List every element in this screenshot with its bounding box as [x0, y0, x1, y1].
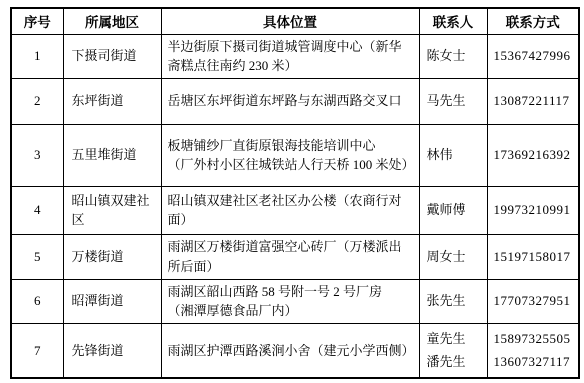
- district-cell: 昭潭街道: [63, 279, 161, 323]
- phone-cell: 15367427996: [487, 34, 579, 78]
- contact-name-cell: 陈女士: [419, 34, 487, 78]
- location-cell: 雨湖区护潭西路溪涧小舍（建元小学西侧）: [161, 323, 419, 378]
- row-number-cell: 1: [11, 34, 63, 78]
- table-row: 7 先锋街道 雨湖区护潭西路溪涧小舍（建元小学西侧） 童先生 潘先生 15897…: [11, 323, 579, 378]
- contact-table-container: 序号 所属地区 具体位置 联系人 联系方式 1 下摄司街道 半边街原下摄司街道城…: [10, 7, 580, 379]
- row-number-cell: 6: [11, 279, 63, 323]
- location-cell: 昭山镇双建社区老社区办公楼（农商行对面）: [161, 186, 419, 234]
- district-cell: 先锋街道: [63, 323, 161, 378]
- contact-name-cell: 戴师傅: [419, 186, 487, 234]
- contact-name-cell: 马先生: [419, 78, 487, 124]
- header-location: 具体位置: [161, 8, 419, 34]
- district-cell: 昭山镇双建社区: [63, 186, 161, 234]
- contact-name-cell: 林伟: [419, 124, 487, 186]
- district-cell: 五里堆街道: [63, 124, 161, 186]
- phone-cell: 13087221117: [487, 78, 579, 124]
- table-row: 1 下摄司街道 半边街原下摄司街道城管调度中心（新华斋糕点往南约 230 米） …: [11, 34, 579, 78]
- table-row: 5 万楼街道 雨湖区万楼街道富强空心砖厂（万楼派出所后面） 周女士 151971…: [11, 234, 579, 279]
- table-row: 3 五里堆街道 板塘铺纱厂直街原银海技能培训中心 （厂外村小区往城铁站人行天桥 …: [11, 124, 579, 186]
- phone-cell: 17369216392: [487, 124, 579, 186]
- location-cell: 雨湖区韶山西路 58 号附一号 2 号厂房 （湘潭厚德食品厂内）: [161, 279, 419, 323]
- header-phone: 联系方式: [487, 8, 579, 34]
- header-row: 序号 所属地区 具体位置 联系人 联系方式: [11, 8, 579, 34]
- contact-name-cell: 童先生 潘先生: [419, 323, 487, 378]
- header-contact: 联系人: [419, 8, 487, 34]
- table-row: 2 东坪街道 岳塘区东坪街道东坪路与东湖西路交叉口 马先生 1308722111…: [11, 78, 579, 124]
- location-cell: 雨湖区万楼街道富强空心砖厂（万楼派出所后面）: [161, 234, 419, 279]
- header-district: 所属地区: [63, 8, 161, 34]
- header-no: 序号: [11, 8, 63, 34]
- phone-cell: 15897325505 13607327117: [487, 323, 579, 378]
- row-number-cell: 7: [11, 323, 63, 378]
- phone-cell: 17707327951: [487, 279, 579, 323]
- contact-name-cell: 周女士: [419, 234, 487, 279]
- contact-table: 序号 所属地区 具体位置 联系人 联系方式 1 下摄司街道 半边街原下摄司街道城…: [10, 7, 580, 379]
- row-number-cell: 2: [11, 78, 63, 124]
- district-cell: 万楼街道: [63, 234, 161, 279]
- phone-cell: 15197158017: [487, 234, 579, 279]
- location-cell: 板塘铺纱厂直街原银海技能培训中心 （厂外村小区往城铁站人行天桥 100 米处）: [161, 124, 419, 186]
- contact-name-cell: 张先生: [419, 279, 487, 323]
- district-cell: 下摄司街道: [63, 34, 161, 78]
- district-cell: 东坪街道: [63, 78, 161, 124]
- row-number-cell: 4: [11, 186, 63, 234]
- row-number-cell: 5: [11, 234, 63, 279]
- location-cell: 半边街原下摄司街道城管调度中心（新华斋糕点往南约 230 米）: [161, 34, 419, 78]
- row-number-cell: 3: [11, 124, 63, 186]
- table-row: 6 昭潭街道 雨湖区韶山西路 58 号附一号 2 号厂房 （湘潭厚德食品厂内） …: [11, 279, 579, 323]
- table-row: 4 昭山镇双建社区 昭山镇双建社区老社区办公楼（农商行对面） 戴师傅 19973…: [11, 186, 579, 234]
- location-cell: 岳塘区东坪街道东坪路与东湖西路交叉口: [161, 78, 419, 124]
- phone-cell: 19973210991: [487, 186, 579, 234]
